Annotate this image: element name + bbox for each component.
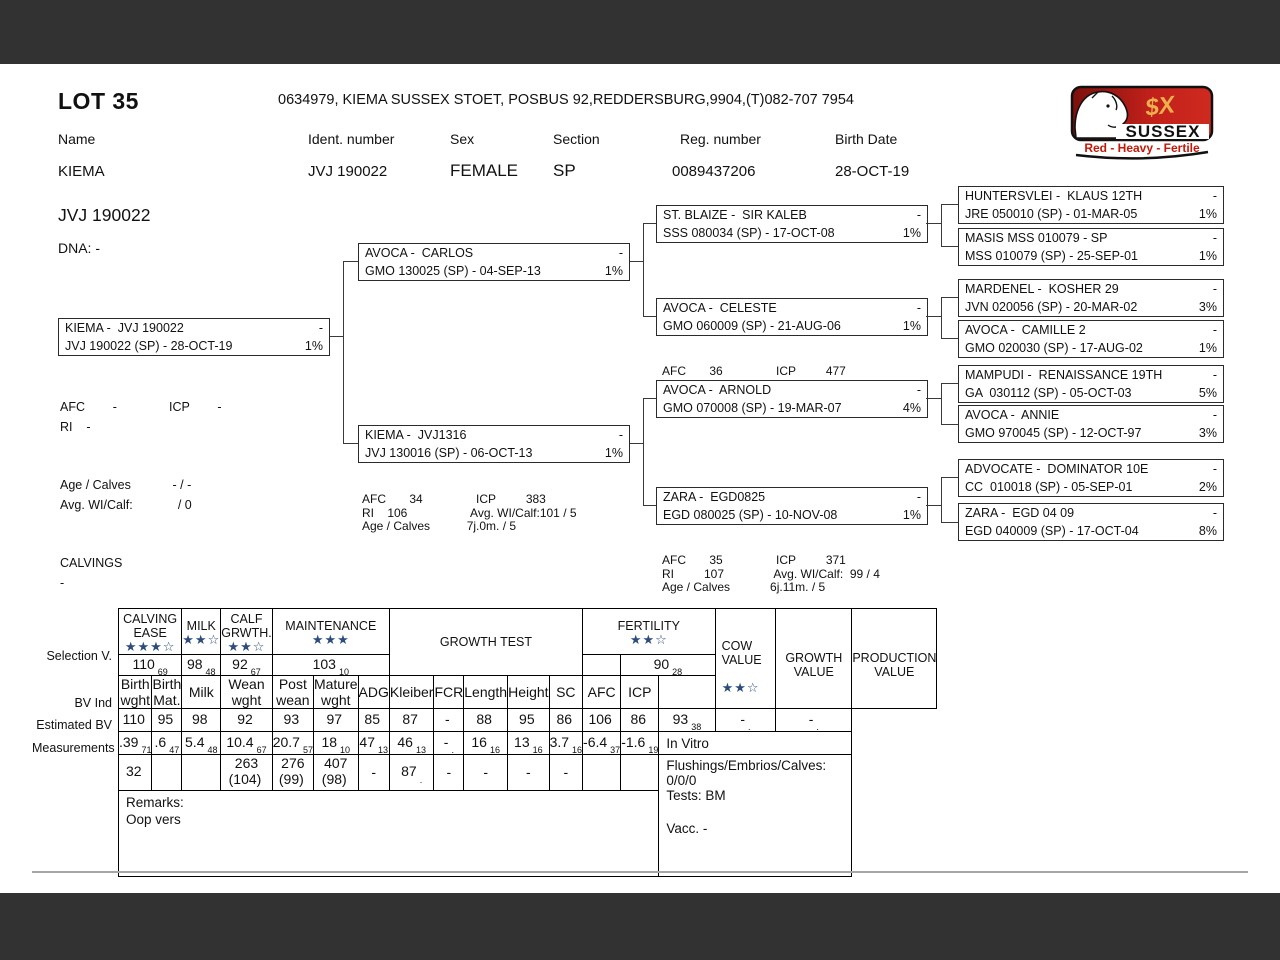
group-calving-ease: CALVING EASE★★★☆ — [119, 609, 182, 655]
subject-id-heading: JVJ 190022 — [58, 205, 150, 226]
selection-sc-empty — [583, 655, 621, 676]
pedigree-line — [330, 336, 343, 337]
pedigree-box-gen4-1: HUNTERSVLEI - KLAUS 12TH- JRE 050010 (SP… — [958, 186, 1224, 224]
star-rating: ★★☆ — [221, 640, 271, 654]
logo-sx-text: $X — [1143, 91, 1178, 122]
field-birth: Birth Date28-OCT-19 — [835, 131, 909, 180]
row-label-measurements: Measurements — [32, 741, 112, 755]
row-label-bv-ind: BV Ind — [32, 696, 112, 710]
star-rating: ★★☆ — [583, 633, 715, 647]
remarks-label: Remarks: — [126, 794, 651, 811]
pedigree-line — [643, 223, 644, 317]
selection-fertility: 9028 — [621, 655, 715, 676]
selection-calving: 11069 — [119, 655, 182, 676]
pedigree-line — [941, 297, 958, 298]
star-rating: ★★★ — [273, 633, 389, 647]
production-value-bv: -. — [776, 709, 852, 732]
pedigree-line — [941, 338, 958, 339]
sussex-logo: $X SUSSEX Red - Heavy - Fertile — [1068, 84, 1218, 164]
pedigree-line — [343, 443, 358, 444]
group-fertility: FERTILITY★★☆ — [583, 609, 716, 655]
pedigree-box-gen4-6: AVOCA - ANNIE- GMO 970045 (SP) - 12-OCT-… — [958, 405, 1224, 443]
field-ident: Ident. numberJVJ 190022 — [308, 131, 394, 180]
pedigree-line — [643, 398, 644, 506]
cow-value-bv: 9338 — [659, 709, 715, 732]
pedigree-line — [941, 297, 942, 339]
logo-tagline: Red - Heavy - Fertile — [1084, 141, 1200, 155]
pedigree-line — [926, 398, 941, 399]
selection-milk: 9848 — [182, 655, 221, 676]
pedigree-box-sire: AVOCA - CARLOS- GMO 130025 (SP) - 04-SEP… — [358, 243, 630, 281]
group-maintenance: MAINTENANCE★★★ — [272, 609, 389, 655]
letterbox-bar-bottom — [0, 893, 1280, 960]
pedigree-line — [926, 316, 941, 317]
dam-stats: AFC 34 ICP 383RI 106 Avg. WI/Calf:101 / … — [362, 466, 577, 561]
pedigree-box-gen3-2: AVOCA - CELESTE- GMO 060009 (SP) - 21-AU… — [656, 298, 928, 336]
subject-stats: AFC - ICP -RI - Age / Calves - / -Avg. W… — [60, 359, 222, 632]
row-label-selection: Selection V. — [32, 649, 112, 663]
pedigree-box-gen3-3: AVOCA - ARNOLD- GMO 070008 (SP) - 19-MAR… — [656, 380, 928, 418]
dna-line: DNA: - — [58, 240, 100, 256]
footer-divider — [32, 871, 1248, 873]
in-vitro-cell: In Vitro — [659, 732, 852, 755]
pedigree-line — [941, 477, 942, 523]
star-rating: ★★☆ — [182, 633, 220, 647]
remarks-text: Oop vers — [126, 811, 651, 828]
pedigree-line — [343, 261, 344, 444]
pedigree-line — [643, 223, 656, 224]
estimated-bv-row: .3971 .647 5.448 10.467 20.757 1810 4713… — [119, 732, 937, 755]
group-growth-value: GROWTH VALUE — [776, 609, 852, 709]
pedigree-line — [926, 223, 941, 224]
group-calf-growth: CALF GRWTH.★★☆ — [221, 609, 272, 655]
pedigree-box-gen4-4: AVOCA - CAMILLE 2- GMO 020030 (SP) - 17-… — [958, 320, 1224, 358]
group-cow-value: COW VALUE★★☆ — [715, 609, 776, 709]
repro-panel: Flushings/Embrios/Calves:0/0/0 Tests: BM… — [659, 755, 852, 877]
pedigree-line — [941, 204, 958, 205]
remarks-cell: Remarks: Oop vers — [119, 790, 659, 876]
field-section: SectionSP — [553, 131, 600, 181]
pedigree-line — [941, 477, 958, 478]
selection-calf: 9267 — [221, 655, 272, 676]
logo-name-text: SUSSEX — [1126, 122, 1201, 141]
pedigree-box-gen4-3: MARDENEL - KOSHER 29- JVN 020056 (SP) - … — [958, 279, 1224, 317]
pedigree-line — [941, 383, 958, 384]
pedigree-box-gen4-8: ZARA - EGD 04 09- EGD 040009 (SP) - 17-O… — [958, 503, 1224, 541]
pedigree-line — [941, 383, 942, 425]
group-header-row: CALVING EASE★★★☆ MILK★★☆ CALF GRWTH.★★☆ … — [119, 609, 937, 655]
pedigree-line — [343, 261, 358, 262]
pedigree-box-gen3-4: ZARA - EGD0825- EGD 080025 (SP) - 10-NOV… — [656, 487, 928, 525]
star-rating: ★★☆ — [716, 667, 776, 695]
group-milk: MILK★★☆ — [182, 609, 221, 655]
pedigree-box-gen4-7: ADVOCATE - DOMINATOR 10E- CC 010018 (SP)… — [958, 459, 1224, 497]
vacc-line: Vacc. - — [666, 821, 844, 836]
star-rating: ★★★☆ — [119, 640, 181, 654]
pedigree-box-gen4-5: MAMPUDI - RENAISSANCE 19TH- GA 030112 (S… — [958, 365, 1224, 403]
group-production-value: PRODUCTION VALUE — [852, 609, 937, 709]
pedigree-box-dam: KIEMA - JVJ1316- JVJ 130016 (SP) - 06-OC… — [358, 425, 630, 463]
field-name: NameKIEMA — [58, 131, 105, 180]
pedigree-line — [941, 204, 942, 247]
selection-maintenance: 10310 — [272, 655, 389, 676]
catalog-page: LOT 35 0634979, KIEMA SUSSEX STOET, POSB… — [0, 0, 1280, 960]
pedigree-box-subject: KIEMA - JVJ 190022- JVJ 190022 (SP) - 28… — [58, 318, 330, 356]
measurements-row: 32 263 (104) 276 (99) 407 (98) - 87. - -… — [119, 755, 937, 791]
tests-line: Tests: BM — [666, 788, 844, 803]
growth-value-bv: -. — [715, 709, 776, 732]
pedigree-line — [941, 424, 958, 425]
breeder-line: 0634979, KIEMA SUSSEX STOET, POSBUS 92,R… — [278, 92, 854, 108]
bv-ind-row: 110 95 98 92 93 97 85 87 - 88 95 86 106 … — [119, 709, 937, 732]
group-growth-test: GROWTH TEST — [389, 609, 582, 676]
flushings-value: 0/0/0 — [666, 773, 696, 788]
pedigree-line — [643, 316, 656, 317]
pedigree-box-gen3-1: ST. BLAIZE - SIR KALEB- SSS 080034 (SP) … — [656, 205, 928, 243]
field-sex: SexFEMALE — [450, 131, 518, 181]
lot-title: LOT 35 — [58, 88, 139, 115]
pedigree-line — [643, 505, 656, 506]
pedigree-line — [941, 246, 958, 247]
pedigree-line — [926, 505, 941, 506]
pedigree-line — [630, 261, 643, 262]
letterbox-bar-top — [0, 0, 1280, 64]
pedigree-line — [941, 522, 958, 523]
pedigree-line — [630, 443, 643, 444]
field-reg: Reg. number0089437206 — [672, 131, 761, 180]
pedigree-line — [643, 398, 656, 399]
pedigree-box-gen4-2: MASIS MSS 010079 - SP- MSS 010079 (SP) -… — [958, 228, 1224, 266]
breeding-values-table: CALVING EASE★★★☆ MILK★★☆ CALF GRWTH.★★☆ … — [118, 608, 937, 877]
flushings-label: Flushings/Embrios/Calves: — [666, 758, 844, 773]
row-label-estimated-bv: Estimated BV — [32, 718, 112, 732]
